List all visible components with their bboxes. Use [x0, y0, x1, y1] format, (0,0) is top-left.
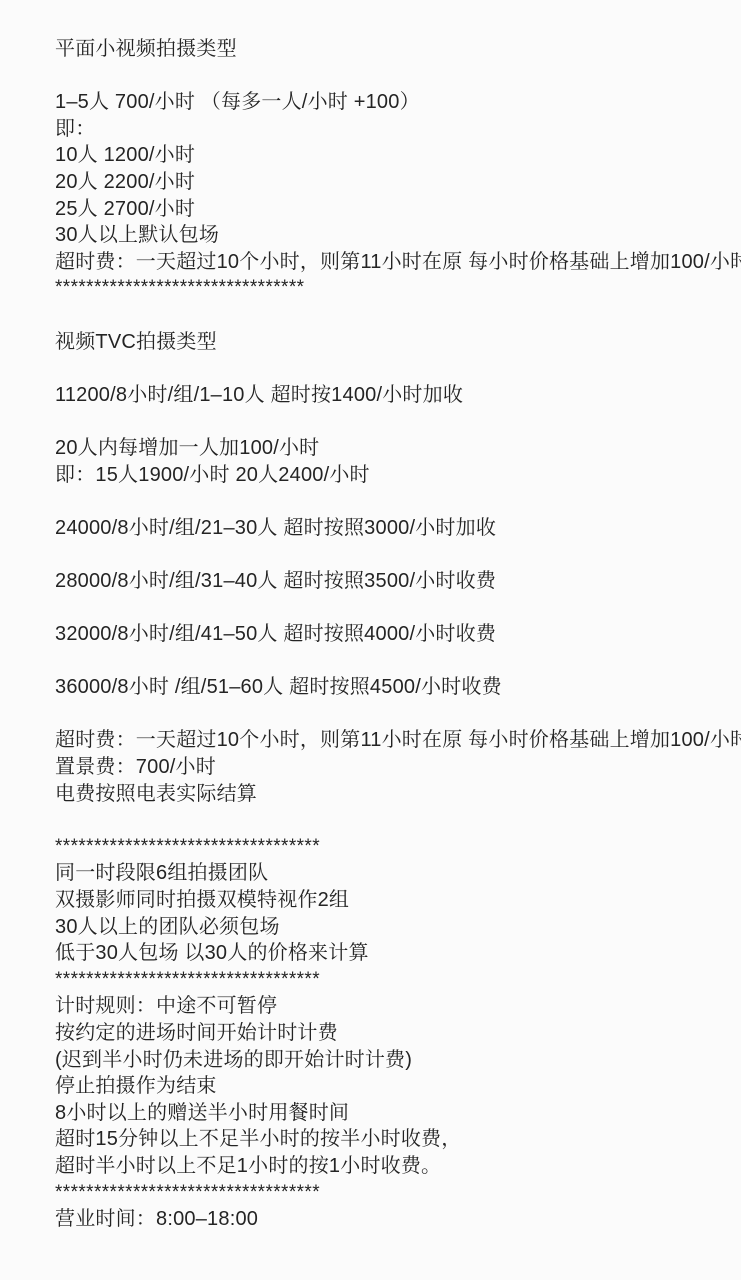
- blank-line: [55, 807, 713, 834]
- pricing-document: 平面小视频拍摄类型1–5人 700/小时 （每多一人/小时 +100）即：10人…: [0, 0, 741, 1280]
- text-line: 8小时以上的赠送半小时用餐时间: [55, 1100, 713, 1127]
- text-line: 停止拍摄作为结束: [55, 1073, 713, 1100]
- text-line: 24000/8小时/组/21–30人 超时按照3000/小时加收: [55, 515, 713, 542]
- section-heading: 视频TVC拍摄类型: [55, 329, 713, 356]
- blank-line: [55, 488, 713, 515]
- separator-line: ********************************: [55, 275, 713, 302]
- text-line: 25人 2700/小时: [55, 196, 713, 223]
- text-line: 1–5人 700/小时 （每多一人/小时 +100）: [55, 89, 713, 116]
- text-line: 即：15人1900/小时 20人2400/小时: [55, 462, 713, 489]
- blank-line: [55, 63, 713, 90]
- blank-line: [55, 594, 713, 621]
- text-line: 20人 2200/小时: [55, 169, 713, 196]
- text-line: 超时半小时以上不足1小时的按1小时收费。: [55, 1153, 713, 1180]
- text-line: 超时15分钟以上不足半小时的按半小时收费，: [55, 1126, 713, 1153]
- section-heading: 平面小视频拍摄类型: [55, 36, 713, 63]
- text-line: 计时规则：中途不可暂停: [55, 993, 713, 1020]
- text-line: 20人内每增加一人加100/小时: [55, 435, 713, 462]
- text-line: 30人以上的团队必须包场: [55, 914, 713, 941]
- separator-line: **********************************: [55, 1180, 713, 1207]
- text-line: 11200/8小时/组/1–10人 超时按1400/小时加收: [55, 382, 713, 409]
- text-line: 超时费：一天超过10个小时，则第11小时在原 每小时价格基础上增加100/小时: [55, 249, 713, 276]
- text-line: 低于30人包场 以30人的价格来计算: [55, 940, 713, 967]
- text-line: 营业时间：8:00–18:00: [55, 1206, 713, 1233]
- text-line: (迟到半小时仍未进场的即开始计时计费): [55, 1047, 713, 1074]
- text-line: 超时费：一天超过10个小时，则第11小时在原 每小时价格基础上增加100/小时: [55, 727, 713, 754]
- text-line: 置景费：700/小时: [55, 754, 713, 781]
- blank-line: [55, 701, 713, 728]
- text-line: 28000/8小时/组/31–40人 超时按照3500/小时收费: [55, 568, 713, 595]
- text-line: 32000/8小时/组/41–50人 超时按照4000/小时收费: [55, 621, 713, 648]
- blank-line: [55, 541, 713, 568]
- text-line: 10人 1200/小时: [55, 142, 713, 169]
- text-line: 电费按照电表实际结算: [55, 781, 713, 808]
- blank-line: [55, 302, 713, 329]
- text-line: 30人以上默认包场: [55, 222, 713, 249]
- text-line: 同一时段限6组拍摄团队: [55, 860, 713, 887]
- text-line: 即：: [55, 116, 713, 143]
- text-line: 36000/8小时 /组/51–60人 超时按照4500/小时收费: [55, 674, 713, 701]
- separator-line: **********************************: [55, 834, 713, 861]
- blank-line: [55, 648, 713, 675]
- blank-line: [55, 408, 713, 435]
- text-line: 按约定的进场时间开始计时计费: [55, 1020, 713, 1047]
- separator-line: **********************************: [55, 967, 713, 994]
- text-line: 双摄影师同时拍摄双模特视作2组: [55, 887, 713, 914]
- blank-line: [55, 355, 713, 382]
